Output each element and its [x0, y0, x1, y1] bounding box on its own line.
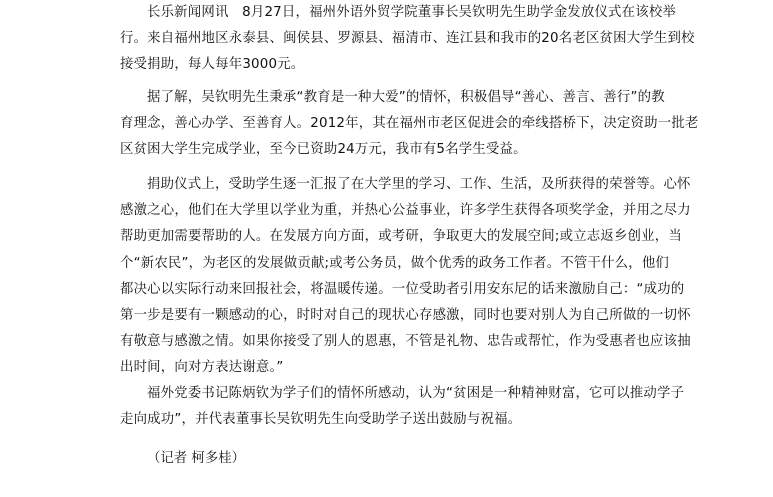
text-line: 区贫困大学生完成学业，至今已资助24万元，我市有5名学生受益。: [120, 137, 642, 163]
text-line: 接受捐助，每人每年3000元。: [120, 52, 642, 78]
text-line: 感激之心，他们在大学里以学业为重，并热心公益事业，许多学生获得各项奖学金，并用之…: [120, 198, 642, 224]
text-line: 都决心以实际行动来回报社会，将温暖传递。一位受助者引用安东尼的话来激励自己：“成…: [120, 277, 642, 303]
paragraph-4: 福外党委书记陈炳钦为学子们的情怀所感动，认为“贫困是一种精神财富，它可以推动学子…: [120, 381, 642, 433]
text-line: 出时间，向对方表达谢意。”: [120, 355, 642, 381]
text-line: 行。来自福州地区永泰县、闽侯县、罗源县、福清市、连江县和我市的20名老区贫困大学…: [120, 26, 642, 52]
paragraph-1: 长乐新闻网讯 8月27日，福州外语外贸学院董事长吴钦明先生助学金发放仪式在该校举…: [120, 0, 642, 79]
text-line: 第一步是要有一颗感动的心，时时对自己的现状心存感激，同时也要对别人为自己所做的一…: [120, 303, 642, 329]
text-line: 捐助仪式上，受助学生逐一汇报了在大学里的学习、工作、生活，及所获得的荣誉等。心怀: [120, 172, 642, 198]
text-line: 个“新农民”，为老区的发展做贡献;或考公务员，做个优秀的政务工作者。不管干什么，…: [120, 251, 642, 277]
text-line: 据了解，吴钦明先生秉承“教育是一种大爱”的情怀，积极倡导“善心、善言、善行”的教: [120, 85, 642, 111]
paragraph-2: 据了解，吴钦明先生秉承“教育是一种大爱”的情怀，积极倡导“善心、善言、善行”的教…: [120, 85, 642, 164]
text-line: 帮助更加需要帮助的人。在发展方向方面，或考研，争取更大的发展空间;或立志返乡创业…: [120, 224, 642, 250]
text-line: 育理念，善心办学、至善育人。2012年，其在福州市老区促进会的牵线搭桥下，决定资…: [120, 111, 642, 137]
reporter-byline: （记者 柯多桂）: [147, 446, 245, 472]
text-line: 长乐新闻网讯 8月27日，福州外语外贸学院董事长吴钦明先生助学金发放仪式在该校举: [120, 0, 642, 26]
text-line: 有敬意与感激之情。如果你接受了别人的恩惠，不管是礼物、忠告或帮忙，作为受惠者也应…: [120, 329, 642, 355]
text-line: 走向成功”，并代表董事长吴钦明先生向受助学子送出鼓励与祝福。: [120, 407, 642, 433]
text-line: 福外党委书记陈炳钦为学子们的情怀所感动，认为“贫困是一种精神财富，它可以推动学子: [120, 381, 642, 407]
paragraph-3: 捐助仪式上，受助学生逐一汇报了在大学里的学习、工作、生活，及所获得的荣誉等。心怀…: [120, 172, 642, 382]
